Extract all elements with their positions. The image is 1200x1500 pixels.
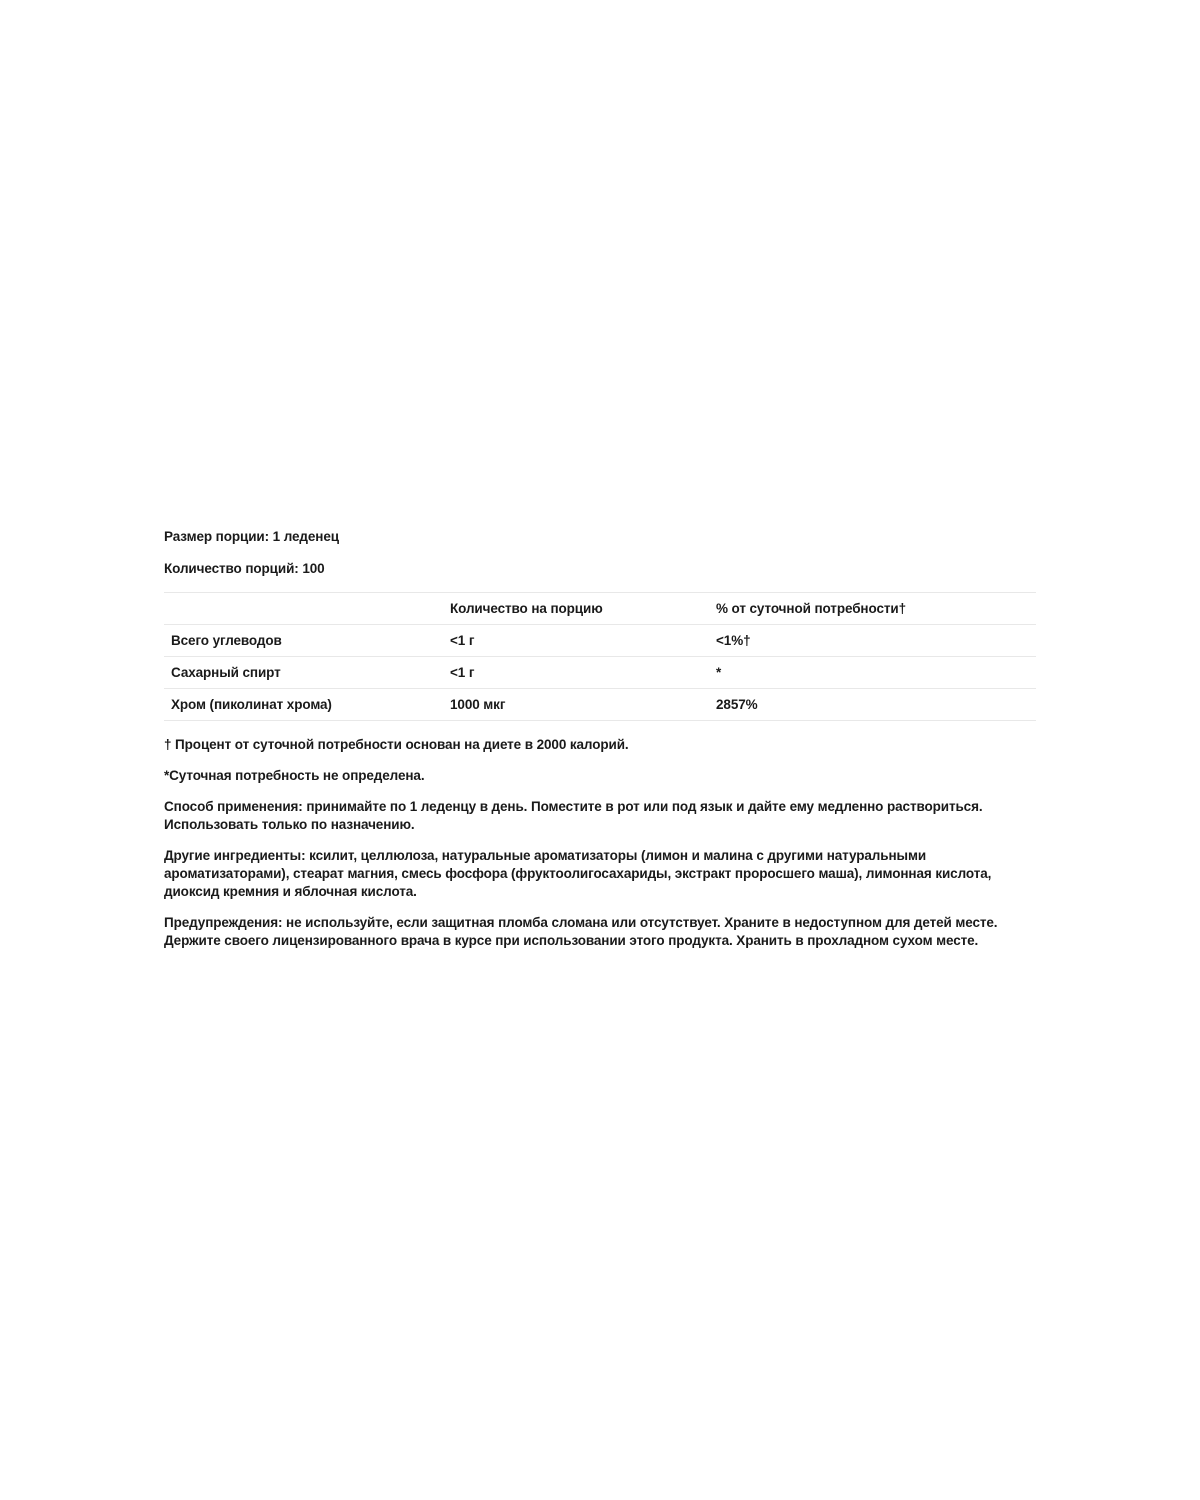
nutrient-name: Хром (пиколинат хрома) <box>164 689 450 721</box>
nutrient-name: Сахарный спирт <box>164 657 450 689</box>
not-established-footnote: *Суточная потребность не определена. <box>164 767 1036 785</box>
table-row: Всего углеводов <1 г <1%† <box>164 625 1036 657</box>
column-header-amount: Количество на порцию <box>450 593 716 625</box>
table-header-row: Количество на порцию % от суточной потре… <box>164 593 1036 625</box>
nutrient-amount: <1 г <box>450 625 716 657</box>
serving-size: Размер порции: 1 леденец <box>164 527 1036 547</box>
nutrition-table: Количество на порцию % от суточной потре… <box>164 592 1036 721</box>
servings-per-container: Количество порций: 100 <box>164 559 1036 579</box>
table-row: Хром (пиколинат хрома) 1000 мкг 2857% <box>164 689 1036 721</box>
column-header-daily-value: % от суточной потребности† <box>716 593 1036 625</box>
nutrient-daily-value: * <box>716 657 1036 689</box>
supplement-facts: Размер порции: 1 леденец Количество порц… <box>164 527 1036 950</box>
column-header-nutrient <box>164 593 450 625</box>
daily-value-footnote: † Процент от суточной потребности основа… <box>164 736 1036 754</box>
nutrient-amount: <1 г <box>450 657 716 689</box>
nutrient-name: Всего углеводов <box>164 625 450 657</box>
table-row: Сахарный спирт <1 г * <box>164 657 1036 689</box>
nutrient-amount: 1000 мкг <box>450 689 716 721</box>
notes-section: † Процент от суточной потребности основа… <box>164 736 1036 950</box>
warnings: Предупреждения: не используйте, если защ… <box>164 914 1036 950</box>
other-ingredients: Другие ингредиенты: ксилит, целлюлоза, н… <box>164 847 1036 901</box>
nutrient-daily-value: 2857% <box>716 689 1036 721</box>
nutrient-daily-value: <1%† <box>716 625 1036 657</box>
usage-directions: Способ применения: принимайте по 1 леден… <box>164 798 1036 834</box>
